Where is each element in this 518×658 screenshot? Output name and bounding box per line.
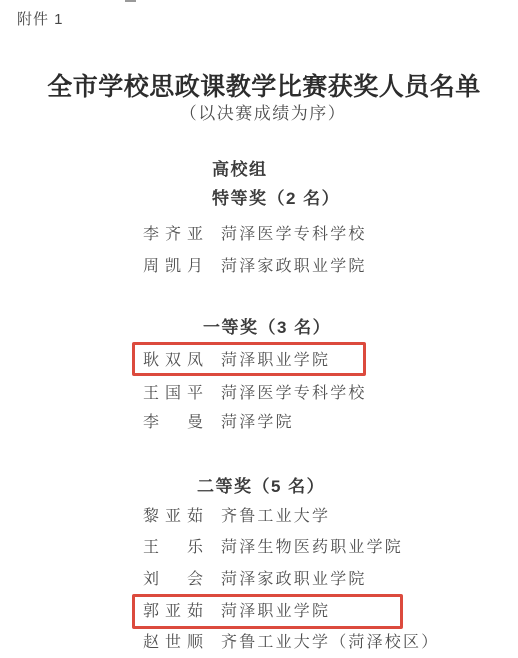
winner-school: 齐鲁工业大学 [221,507,330,527]
winner-name: 郭亚茹 [143,602,203,622]
winner-name: 王乐 [143,538,203,558]
section-header-special-prize: 特等奖（2 名） [212,189,340,209]
winner-row-highlighted: 郭亚茹 菏泽职业学院 [143,602,330,622]
winner-name: 黎亚茹 [143,507,203,527]
winner-school: 菏泽医学专科学校 [221,384,367,404]
winner-school: 齐鲁工业大学（菏泽校区） [221,633,439,653]
winner-school: 菏泽生物医药职业学院 [221,538,403,558]
winner-row: 王乐 菏泽生物医药职业学院 [143,538,403,558]
winner-name: 刘会 [143,570,203,590]
winner-row: 刘会 菏泽家政职业学院 [143,570,367,590]
attachment-label: 附件 1 [17,8,64,29]
winner-name: 李齐亚 [143,225,203,245]
winner-name: 耿双凤 [143,351,203,371]
page-subtitle: （以决赛成绩为序） [0,99,518,124]
winner-school: 菏泽职业学院 [221,351,330,371]
winner-row-highlighted: 耿双凤 菏泽职业学院 [143,351,330,371]
winner-name: 赵世顺 [143,633,203,653]
group-header: 高校组 [212,160,268,180]
scan-artifact-mark [125,0,136,2]
winner-row: 黎亚茹 齐鲁工业大学 [143,507,330,527]
section-header-second-prize: 二等奖（5 名） [197,477,325,497]
winner-row: 王国平 菏泽医学专科学校 [143,384,367,404]
winner-school: 菏泽职业学院 [221,602,330,622]
winner-school: 菏泽医学专科学校 [221,225,367,245]
winner-school: 菏泽学院 [221,413,294,433]
winner-row: 李齐亚 菏泽医学专科学校 [143,225,367,245]
winner-name: 李曼 [143,413,203,433]
winner-name: 王国平 [143,384,203,404]
winner-row: 赵世顺 齐鲁工业大学（菏泽校区） [143,633,439,653]
section-header-first-prize: 一等奖（3 名） [203,318,331,338]
winner-school: 菏泽家政职业学院 [221,570,367,590]
winner-row: 李曼 菏泽学院 [143,413,294,433]
winner-school: 菏泽家政职业学院 [221,257,367,277]
winner-row: 周凯月 菏泽家政职业学院 [143,257,367,277]
document-page: 附件 1 全市学校思政课教学比赛获奖人员名单 （以决赛成绩为序） 高校组 特等奖… [0,0,518,658]
winner-name: 周凯月 [143,257,203,277]
